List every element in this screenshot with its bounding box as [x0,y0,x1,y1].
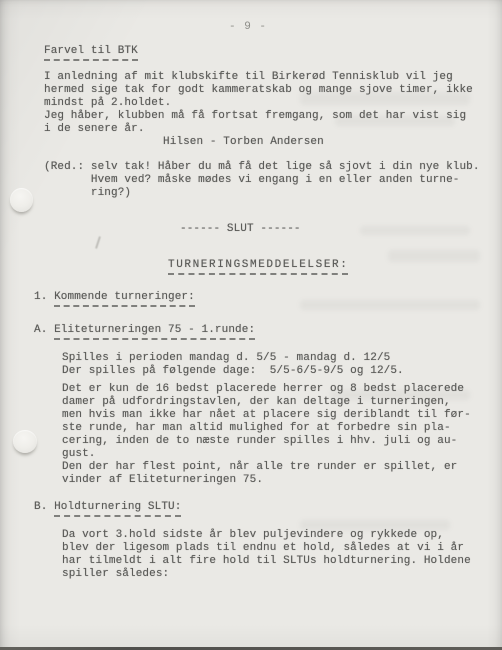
section-1-label: 1. [34,291,54,303]
tournaments-heading-text: TURNERINGSMEDDELELSER: [168,259,348,275]
bleed-through-mark [335,116,455,126]
item-a-title: Eliteturneringen 75 - 1.runde: [54,324,255,340]
farewell-heading: Farvel til BTK [44,45,138,58]
item-a-schedule: Spilles i perioden mandag d. 5/5 - manda… [62,352,404,378]
bleed-through-mark [300,92,470,105]
bleed-through-mark [300,520,450,530]
editor-note: (Red.: selv tak! Håber du må få det lige… [44,161,480,200]
section-1-heading: 1. Kommende turneringer: [34,291,195,304]
bleed-through-mark [300,300,480,310]
bleed-through-mark [388,250,480,262]
farewell-heading-text: Farvel til BTK [44,45,138,61]
tournaments-heading: TURNERINGSMEDDELELSER: [168,259,348,272]
bleed-through-mark [330,390,470,400]
page-number: - 9 - [229,21,267,34]
item-b-body: Da vort 3.hold sidste år blev puljevinde… [62,529,471,581]
item-b-title: Holdturnering SLTU: [54,501,181,517]
bleed-through-mark [360,226,470,235]
scanned-document-page: - 9 - Farvel til BTK I anledning af mit … [0,0,502,650]
item-b-heading: B. Holdturnering SLTU: [34,501,181,514]
section-1-title: Kommende turneringer: [54,291,195,307]
stray-pen-mark [95,236,101,249]
punch-hole-top [10,188,33,212]
item-a-heading: A. Eliteturneringen 75 - 1.runde: [34,324,255,337]
signature-line: Hilsen - Torben Andersen [163,136,324,149]
punch-hole-bottom [13,430,37,453]
item-a-label: A. [34,324,54,336]
item-b-label: B. [34,501,54,513]
slut-divider: ------ SLUT ------ [180,223,301,236]
